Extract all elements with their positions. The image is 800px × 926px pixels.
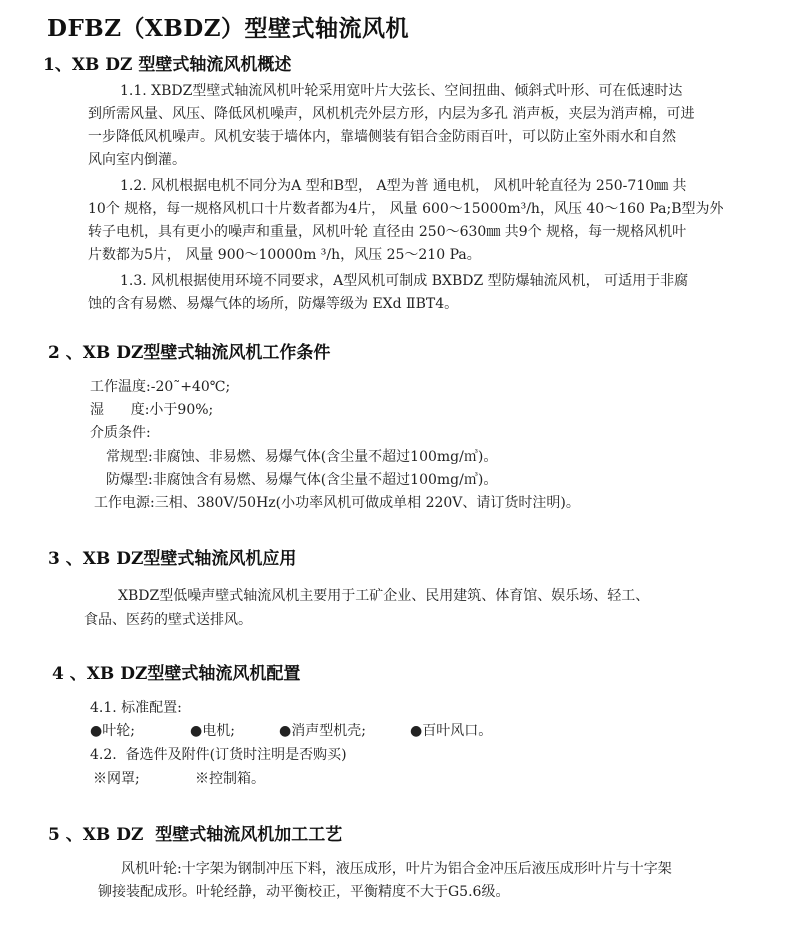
section-3-line: 食品、医药的壁式送排风。	[84, 609, 252, 632]
condition-explosion-proof-type: 防爆型:非腐蚀含有易燃、易爆气体(含尘量不超过100mg/㎥)。	[106, 469, 497, 492]
standard-item-impeller: ●叶轮;	[90, 720, 135, 743]
condition-humidity: 湿 度:小于90%;	[90, 399, 213, 422]
section-1-line: 蚀的含有易燃、易爆气体的场所，防爆等级为 EXd ⅡBT4。	[88, 293, 458, 316]
section-5-line: 铆接装配成形。叶轮经静，动平衡校正，平衡精度不大于G5.6级。	[98, 881, 509, 904]
standard-item-louver: ●百叶风口。	[410, 720, 492, 743]
optional-item-control-box: ※控制箱。	[195, 768, 265, 791]
section-1-line: 一步降低风机噪声。风机安装于墙体内，靠墙侧装有铝合金防雨百叶，可以防止室外雨水和…	[88, 126, 676, 149]
section-4-heading: 4 、XB DZ型壁式轴流风机配置	[52, 659, 300, 684]
section-1-line: 1.2. 风机根据电机不同分为A 型和B型， A型为普 通电机， 风机叶轮直径为…	[120, 175, 687, 198]
standard-item-casing: ●消声型机壳;	[279, 720, 366, 743]
section-1-line: 到所需风量、风压、降低风机噪声，风机机壳外层方形，内层为多孔 消声板，夹层为消声…	[88, 103, 694, 126]
standard-config-label: 4.1. 标准配置:	[90, 697, 182, 720]
page-title: DFBZ（XBDZ）型壁式轴流风机	[47, 10, 409, 43]
section-3-line: XBDZ型低噪声壁式轴流风机主要用于工矿企业、民用建筑、体育馆、娱乐场、轻工、	[118, 585, 649, 608]
optional-config-label: 4.2. 备选件及附件(订货时注明是否购买)	[90, 744, 347, 767]
section-5-line: 风机叶轮:十字架为钢制冲压下料，液压成形，叶片为铝合金冲压后液压成形叶片与十字架	[121, 858, 672, 881]
section-1-line: 转子电机，具有更小的噪声和重量，风机叶轮 直径由 250～630㎜ 共9个 规格…	[88, 221, 686, 244]
section-5-heading: 5 、XB DZ 型壁式轴流风机加工工艺	[48, 820, 342, 845]
section-1-heading: 1、XB DZ 型壁式轴流风机概述	[43, 50, 291, 75]
section-2-heading: 2 、XB DZ型壁式轴流风机工作条件	[48, 338, 330, 363]
standard-item-motor: ●电机;	[190, 720, 235, 743]
condition-medium-label: 介质条件:	[90, 422, 151, 445]
optional-item-guard: ※网罩;	[93, 768, 140, 791]
section-1-line: 1.1. XBDZ型壁式轴流风机叶轮采用宽叶片大弦长、空间扭曲、倾斜式叶形、可在…	[120, 80, 682, 103]
condition-regular-type: 常规型:非腐蚀、非易燃、易爆气体(含尘量不超过100mg/㎥)。	[106, 446, 497, 469]
section-1-line: 片数都为5片， 风量 900～10000m ³/h，风压 25～210 Pa。	[88, 244, 481, 267]
section-3-heading: 3 、XB DZ型壁式轴流风机应用	[48, 544, 296, 569]
section-1-line: 1.3. 风机根据使用环境不同要求，A型风机可制成 BXBDZ 型防爆轴流风机，…	[120, 270, 688, 293]
condition-temperature: 工作温度:-20˜+40℃;	[90, 376, 230, 399]
condition-power-supply: 工作电源:三相、380V/50Hz(小功率风机可做成单相 220V、请订货时注明…	[94, 492, 580, 515]
section-1-line: 10个 规格，每一规格风机口十片数者都为4片， 风量 600～15000m³/h…	[88, 198, 724, 221]
section-1-line: 风向室内倒灌。	[88, 149, 186, 172]
